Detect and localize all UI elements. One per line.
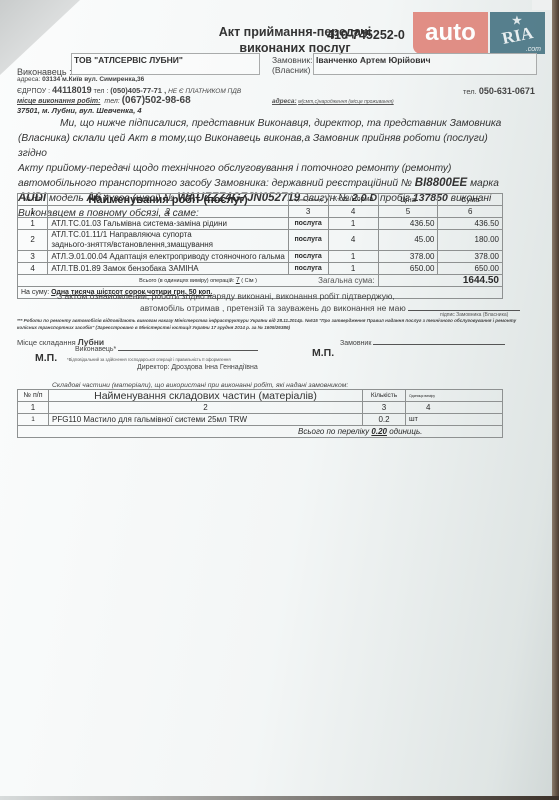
table-row: 1 АТЛ.ТС.01.03 Гальмівна система-заміна … (18, 218, 503, 230)
works-colnum-row: 1 2 3 4 5 6 (18, 206, 503, 218)
customer-signature: Замовник (340, 340, 505, 347)
materials-total-post: одиниць. (389, 427, 422, 436)
customer-phone-label: тел. (463, 87, 477, 96)
contractor-signature: Виконавець* (75, 346, 258, 353)
works-col-qty: К-сть/Норма (328, 194, 378, 206)
customer-signature-underline (373, 344, 505, 345)
materials-total-pre: Всього по переліку (298, 427, 369, 436)
ops-total-words: ( Сім ) (241, 278, 257, 284)
materials-col-number: № п/п (18, 390, 49, 402)
works-col-price: Ціна (378, 194, 438, 206)
watermark-com-text: .com (526, 46, 541, 53)
works-header-row: № п/п Найменування робіт (послуг) Одиниц… (18, 194, 503, 206)
row-number: 4 (18, 263, 48, 275)
work-sum: 650.00 (438, 263, 503, 275)
work-name: АТЛ.ТС.01.03 Гальмівна система-заміна рі… (48, 218, 288, 230)
work-unit: послуга (288, 251, 328, 263)
ops-total-value: 7 (236, 277, 240, 284)
material-qty: 0.2 (363, 414, 406, 426)
contractor-name: ТОВ "АТЛСЕРВІС ЛУБНИ" (72, 54, 259, 66)
work-qty: 1 (328, 218, 378, 230)
colnum: 5 (378, 206, 438, 218)
work-name: АТЛ.ТВ.01.89 Замок бензобака ЗАМІНА (48, 263, 288, 275)
row-number: 1 (18, 218, 48, 230)
material-name: PFG110 Мастило для гальмівної системи 25… (49, 414, 363, 426)
customer-address-hint: м(смт,с)народження (місце проживання) (298, 99, 394, 105)
plate-number: BI8800EE (415, 177, 467, 189)
responsible-note: *Відповідальний за здійснення господарсь… (67, 357, 231, 362)
work-unit: послуга (288, 218, 328, 230)
materials-colnum-row: 1 2 3 4 (18, 402, 503, 414)
director-name: Директор: Дроздова Інна Геннадіївна (137, 364, 258, 371)
materials-caption: Складові частини (матеріали), що викорис… (52, 382, 348, 389)
table-row: 1 PFG110 Мастило для гальмівної системи … (18, 414, 503, 426)
materials-header-row: № п/п Найменування складових частин (мат… (18, 390, 503, 402)
work-qty: 1 (328, 263, 378, 275)
ops-total-label: Всього (в одиницях виміру) операцій: (139, 278, 234, 284)
works-col-name: Найменування робіт (послуг) (48, 194, 288, 206)
materials-total: Всього по переліку 0.20 одиниць. (18, 426, 503, 438)
intro-line-3: Акту прийому-передачі щодо технічного об… (18, 161, 514, 176)
intro-line-2: (Власника) склали цей Акт в тому,що Вико… (18, 131, 514, 161)
work-price: 436.50 (378, 218, 438, 230)
stamp-right: М.П. (312, 347, 334, 359)
sum-words-label: На суму: (21, 289, 49, 296)
customer-signature-line (408, 310, 520, 311)
work-place: місце виконання робіт: тел: (067)502-98-… (17, 95, 191, 106)
grand-total-value: 1644.50 (378, 275, 502, 287)
work-qty: 1 (328, 251, 378, 263)
edrpou-value: 44118019 (52, 85, 92, 95)
watermark-auto-logo: auto (413, 12, 488, 54)
customer-address: адреса: м(смт,с)народження (місце прожив… (272, 98, 394, 105)
colnum: 6 (438, 206, 503, 218)
contractor-phone: (050)405-77-71 , (110, 86, 166, 95)
vat-note: НЕ Є ПЛАТНИКОМ ПДВ (168, 88, 241, 95)
customer-address-label: адреса: (272, 98, 297, 105)
works-col-number: № п/п (18, 194, 48, 206)
grand-total-label: Загальна сума: (318, 276, 374, 286)
colnum: 2 (48, 206, 288, 218)
work-price: 45.00 (378, 230, 438, 251)
colnum: 4 (406, 402, 503, 414)
row-number: 1 (18, 414, 49, 426)
page-edge (532, 0, 552, 10)
intro-line-4: автомобільного транспортного засобу Замо… (18, 176, 514, 191)
customer-phone: тел. 050-631-0671 (463, 86, 535, 96)
colnum: 1 (18, 402, 49, 414)
ops-total: Всього (в одиницях виміру) операцій: 7 (… (18, 275, 379, 287)
contractor-signature-line (118, 350, 258, 351)
watermark-ria-logo: ★ RIA .com (490, 12, 545, 54)
table-row: 3 АТЛ.Э.01.00.04 Адаптація електропривод… (18, 251, 503, 263)
customer-label-line2: (Власник) (272, 65, 312, 75)
customer-signature-label: Замовник (340, 340, 371, 347)
table-row: 2 АТЛ.ТС.01.11/1 Направляюча супорта зад… (18, 230, 503, 251)
stamp-left: М.П. (35, 352, 57, 364)
acceptance-line-1: З актом ознайомлений, роботи згідно наря… (57, 291, 395, 301)
colnum: 3 (288, 206, 328, 218)
work-name: АТЛ.Э.01.00.04 Адаптація електроприводу … (48, 251, 288, 263)
totals-row: Всього (в одиницях виміру) операцій: 7 (… (18, 275, 503, 287)
page-corner-fold (0, 0, 80, 75)
material-unit: шт (406, 414, 503, 426)
customer-name: Іванченко Артем Юрійович (314, 54, 536, 66)
work-place-label: місце виконання робіт: (17, 98, 100, 105)
work-price: 650.00 (378, 263, 438, 275)
work-sum: 378.00 (438, 251, 503, 263)
watermark-auto-text: auto (425, 19, 476, 47)
work-sum: 180.00 (438, 230, 503, 251)
work-qty: 4 (328, 230, 378, 251)
work-price: 378.00 (378, 251, 438, 263)
work-phone-label: тел: (104, 98, 119, 105)
contractor-phone-label: тел : (94, 88, 109, 95)
row-number: 2 (18, 230, 48, 251)
materials-col-unit: Одиниця виміру (406, 390, 503, 402)
materials-total-value: 0.20 (371, 427, 387, 436)
page-background-edge (552, 0, 559, 800)
work-phone: (067)502-98-68 (122, 95, 191, 106)
table-row: 4 АТЛ.ТВ.01.89 Замок бензобака ЗАМІНА по… (18, 263, 503, 275)
make-label: марка (470, 178, 499, 189)
work-address: 37501, м. Лубни, вул. Шевченка, 4 (17, 106, 142, 115)
acceptance-line-2-text: автомобіль отримав , претензій та зауваж… (140, 303, 406, 313)
customer-label: Замовник: (Власник) (272, 55, 312, 75)
colnum: 2 (49, 402, 363, 414)
page-background-bottom (0, 796, 559, 800)
materials-col-name: Найменування складових частин (матеріалі… (49, 390, 363, 402)
works-col-unit: Одиниця виміру (288, 194, 328, 206)
contractor-name-box: ТОВ "АТЛСЕРВІС ЛУБНИ" (71, 53, 260, 75)
place-label: Місце складання (17, 338, 76, 347)
contractor-signature-label: Виконавець* (75, 346, 116, 353)
work-unit: послуга (288, 230, 328, 251)
row-number: 3 (18, 251, 48, 263)
contractor-address-value: 03134 м.Київ вул. Симиренка,36 (42, 76, 144, 83)
materials-col-qty: Кількість (363, 390, 406, 402)
colnum: 3 (363, 402, 406, 414)
customer-phone-value: 050-631-0671 (479, 86, 535, 96)
works-table: № п/п Найменування робіт (послуг) Одиниц… (17, 193, 503, 299)
contractor-codes: ЄДРПОУ : 44118019 тел : (050)405-77-71 ,… (17, 85, 241, 95)
footnote: *** Роботи по ремонту автомобілів відпов… (17, 318, 517, 331)
customer-label-line1: Замовник: (272, 55, 312, 65)
materials-table: № п/п Найменування складових частин (мат… (17, 389, 503, 438)
intro-line-1: Ми, що нижче підписалися, представник Ви… (18, 116, 514, 131)
customer-name-box: Іванченко Артем Юрійович (313, 53, 537, 75)
contractor-address: адреса: 03134 м.Київ вул. Симиренка,36 (17, 76, 144, 83)
document-number: 410-745252-0 (327, 28, 405, 42)
colnum: 1 (18, 206, 48, 218)
contractor-address-label: адреса: (17, 76, 40, 83)
edrpou-label: ЄДРПОУ : (17, 88, 50, 95)
colnum: 4 (328, 206, 378, 218)
intro-registration-label: автомобільного транспортного засобу Замо… (18, 178, 412, 189)
work-sum: 436.50 (438, 218, 503, 230)
materials-total-row: Всього по переліку 0.20 одиниць. (18, 426, 503, 438)
work-name: АТЛ.ТС.01.11/1 Направляюча супорта заднь… (48, 230, 288, 251)
work-unit: послуга (288, 263, 328, 275)
works-col-sum: Сума (438, 194, 503, 206)
